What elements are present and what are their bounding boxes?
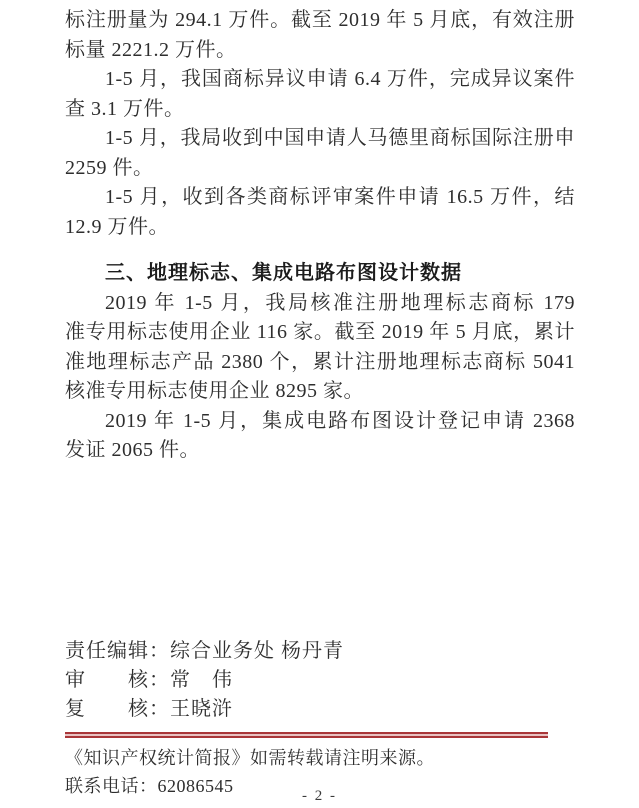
body-line: 核准专用标志使用企业 8295 家。 [65, 377, 575, 407]
body-line: 准专用标志使用企业 116 家。截至 2019 年 5 月底，累计批 [65, 318, 575, 348]
body-line: 查 3.1 万件。 [65, 95, 575, 125]
body-line: 标量 2221.2 万件。 [65, 36, 575, 66]
reprint-note-line: 《知识产权统计简报》如需转载请注明来源。 [65, 744, 575, 772]
red-divider-rule [65, 732, 548, 738]
body-line: 1-5 月，我局收到中国申请人马德里商标国际注册申请 [65, 124, 575, 154]
reviewer-line: 审 核：常 伟 [65, 666, 575, 695]
section-heading: 三、地理标志、集成电路布图设计数据 [65, 259, 575, 289]
body-line: 发证 2065 件。 [65, 436, 575, 466]
body-line: 2019 年 1-5 月，集成电路布图设计登记申请 2368 件， [65, 407, 575, 437]
body-line: 标注册量为 294.1 万件。截至 2019 年 5 月底，有效注册商 [65, 6, 575, 36]
body-line: 2259 件。 [65, 154, 575, 184]
document-footer: 责任编辑：综合业务处 杨丹青 审 核：常 伟 复 核：王晓浒 《知识产权统计简报… [65, 637, 575, 800]
body-line: 1-5 月，我国商标异议申请 6.4 万件，完成异议案件审 [65, 65, 575, 95]
editor-line: 责任编辑：综合业务处 杨丹青 [65, 637, 575, 666]
document-body: 标注册量为 294.1 万件。截至 2019 年 5 月底，有效注册商 标量 2… [65, 6, 575, 466]
page-number: - 2 - [0, 787, 639, 805]
body-line: 12.9 万件。 [65, 213, 575, 243]
body-line: 2019 年 1-5 月，我局核准注册地理标志商标 179 件，核 [65, 289, 575, 319]
rechecker-line: 复 核：王晓浒 [65, 695, 575, 724]
document-page: 标注册量为 294.1 万件。截至 2019 年 5 月底，有效注册商 标量 2… [0, 0, 639, 808]
body-line: 准地理标志产品 2380 个，累计注册地理标志商标 5041 件， [65, 348, 575, 378]
body-line: 1-5 月，收到各类商标评审案件申请 16.5 万件，结案 [65, 183, 575, 213]
